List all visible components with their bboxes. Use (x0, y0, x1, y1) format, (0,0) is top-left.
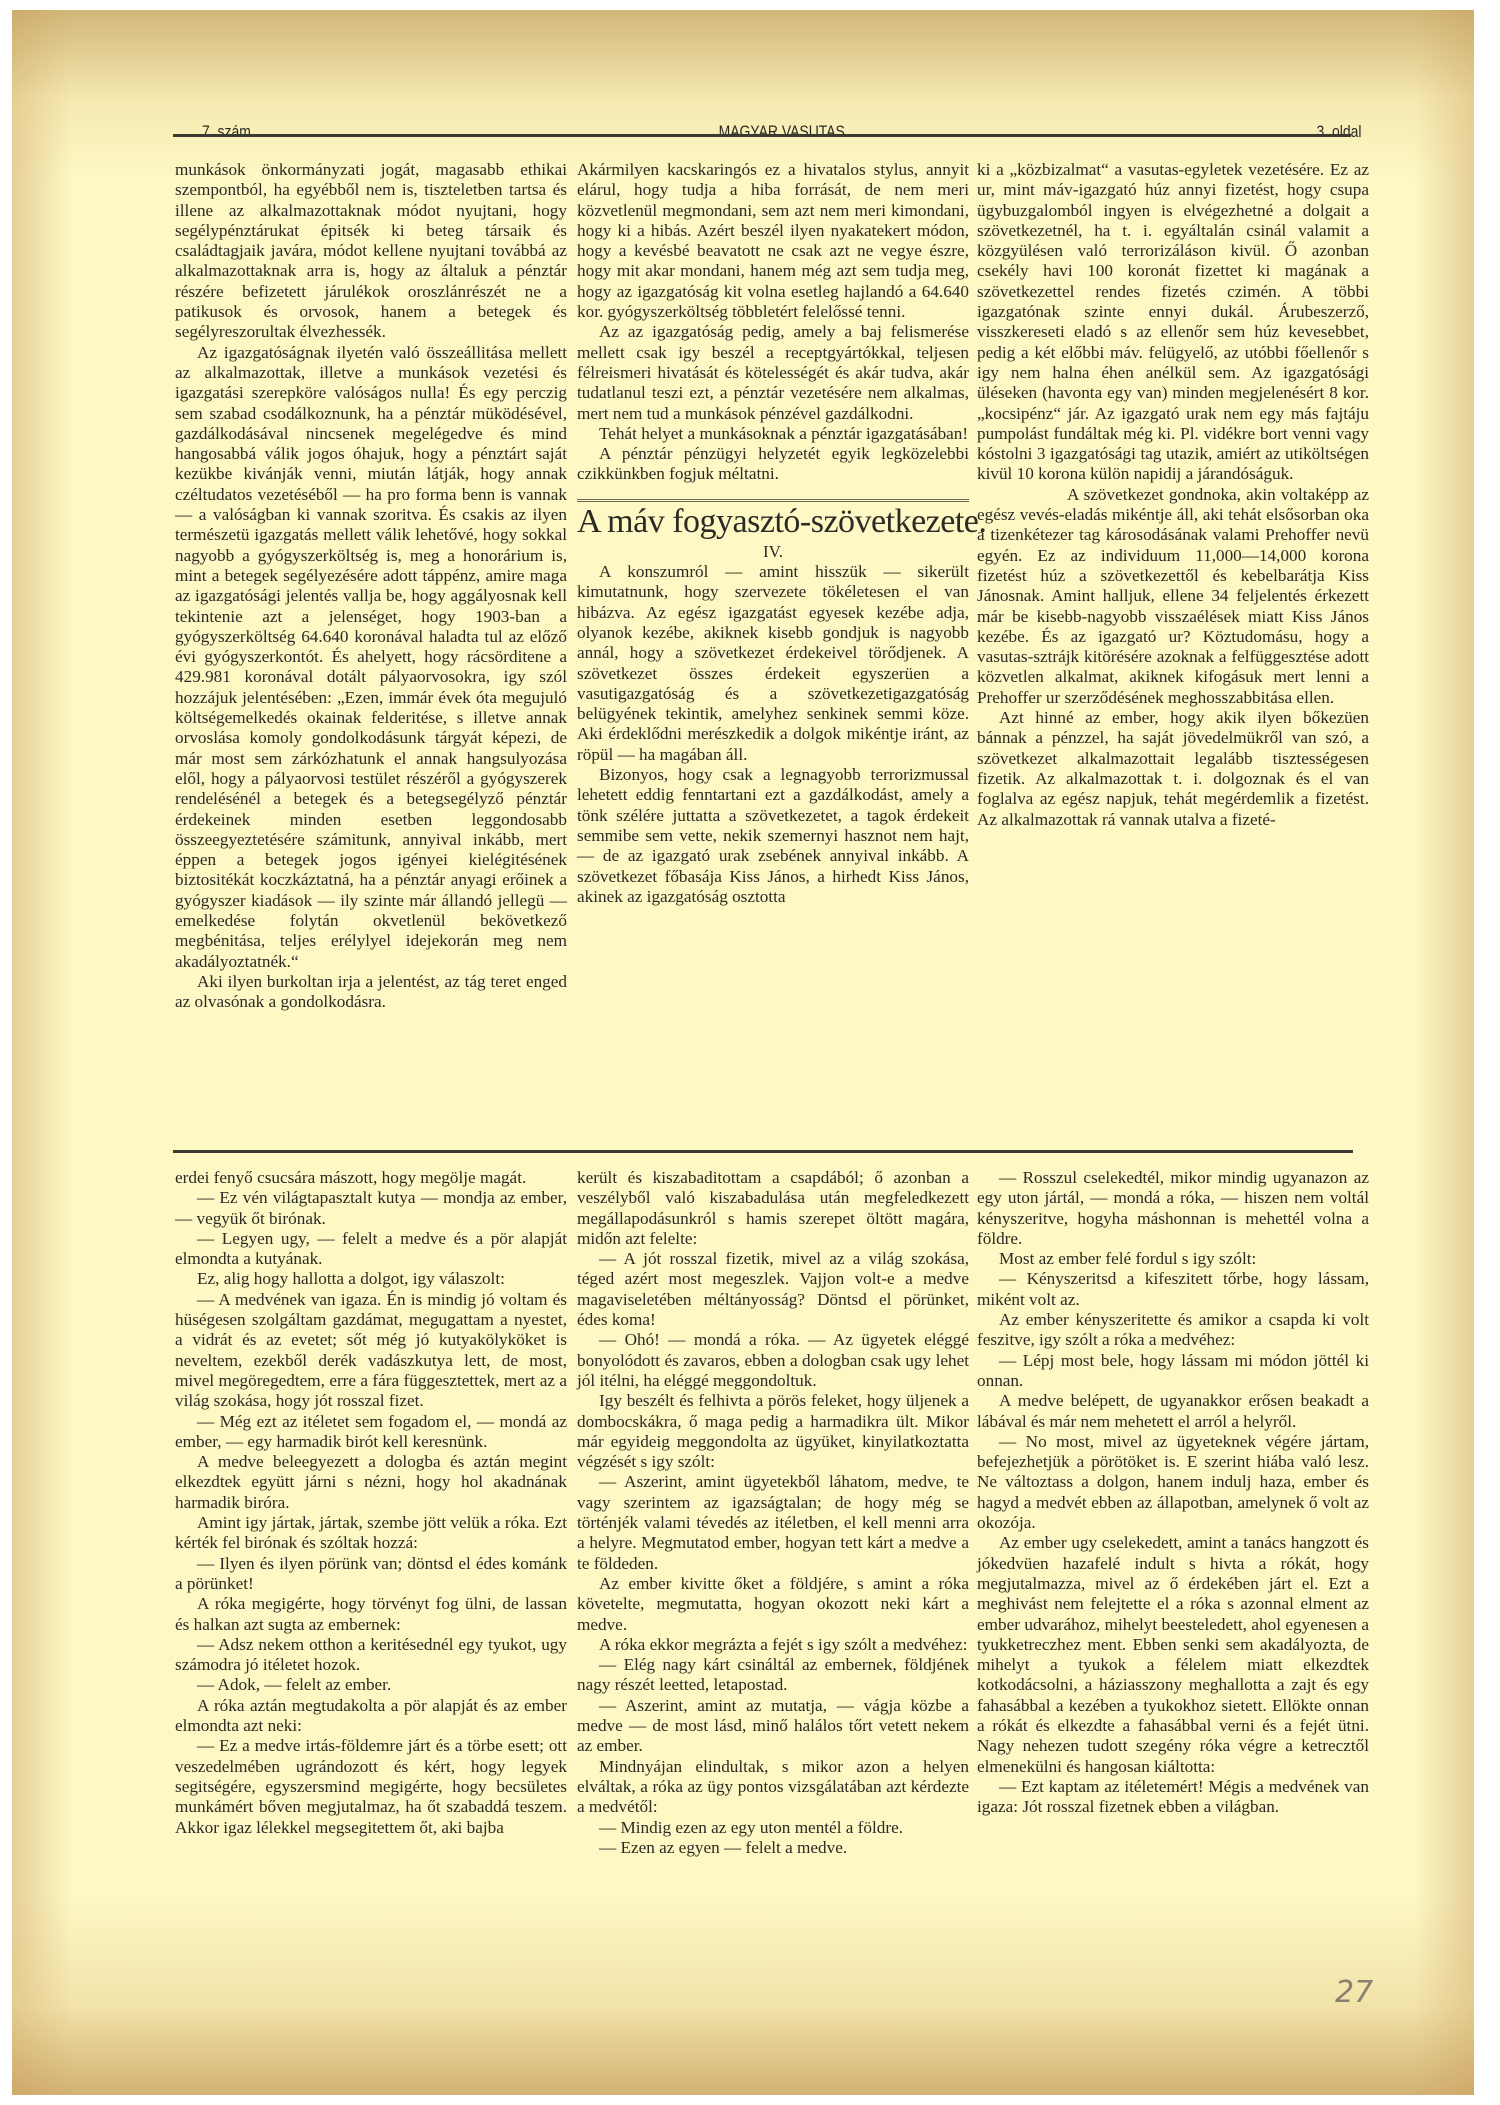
paragraph: — Aszerint, amint ügyetekből láhatom, me… (577, 1472, 969, 1573)
article-part-number: IV. (577, 542, 969, 562)
paragraph: Azt hinné az ember, hogy akik ilyen bőke… (977, 708, 1369, 830)
paragraph: Akármilyen kacskaringós ez a hivatalos s… (577, 160, 969, 322)
section-rule (173, 1150, 1353, 1153)
paragraph: A róka aztán megtudakolta a pör alapját … (175, 1696, 567, 1737)
story-column-3: — Rosszul cselekedtél, mikor mindig ugya… (977, 1168, 1369, 1818)
paragraph: — Ilyen és ilyen pörünk van; döntsd el é… (175, 1554, 567, 1595)
paragraph: — Ezen az egyen — felelt a medve. (577, 1838, 969, 1858)
paragraph: Tehát helyet a munkásoknak a pénztár iga… (577, 424, 969, 444)
paragraph: Mindnyájan elindultak, s mikor azon a he… (577, 1757, 969, 1818)
paragraph: Az igazgatóságnak ilyetén való összeálli… (175, 343, 567, 972)
paragraph: — Ohó! — mondá a róka. — Az ügyetek elég… (577, 1330, 969, 1391)
paragraph: — Elég nagy kárt csináltál az embernek, … (577, 1655, 969, 1696)
paragraph: — Ez vén világtapasztalt kutya — mondja … (175, 1188, 567, 1229)
paragraph: — Mindig ezen az egy uton mentél a földr… (577, 1818, 969, 1838)
paragraph: Az az igazgatóság pedig, amely a baj fel… (577, 322, 969, 423)
paragraph: — Adok, — felelt az ember. (175, 1675, 567, 1695)
paragraph: A róka megigérte, hogy törvényt fog ülni… (175, 1594, 567, 1635)
paragraph: — Ez a medve irtás-földemre járt és a tö… (175, 1736, 567, 1837)
paragraph: Bizonyos, hogy csak a legnagyobb terrori… (577, 765, 969, 907)
header-rule (173, 134, 1351, 137)
story-column-1: erdei fenyő csucsára mászott, hogy megöl… (175, 1168, 567, 1838)
paragraph: Aki ilyen burkoltan irja a jelentést, az… (175, 972, 567, 1013)
section-divider (577, 485, 969, 502)
paragraph: — No most, mivel az ügyeteknek végére já… (977, 1432, 1369, 1533)
paragraph: — Kényszeritsd a kifeszitett tőrbe, hogy… (977, 1269, 1369, 1310)
paragraph: munkások önkormányzati jogát, magasabb e… (175, 160, 567, 343)
paragraph: A konszumról — amint hisszük — sikerült … (577, 562, 969, 765)
paragraph: A pénztár pénzügyi helyzetét egyik legkö… (577, 444, 969, 485)
newspaper-title: MAGYAR VASUTAS (202, 122, 1361, 142)
paragraph: Ez, alig hogy hallotta a dolgot, igy vál… (175, 1269, 567, 1289)
paragraph: A szövetkezet gondnoka, akin voltaképp a… (977, 485, 1369, 708)
top-column-2: Akármilyen kacskaringós ez a hivatalos s… (577, 160, 969, 907)
paragraph: — Aszerint, amint az mutatja, — vágja kö… (577, 1696, 969, 1757)
paragraph: került és kiszabaditottam a csapdából; ő… (577, 1168, 969, 1249)
paragraph: — Legyen ugy, — felelt a medve és a pör … (175, 1229, 567, 1270)
paragraph: erdei fenyő csucsára mászott, hogy megöl… (175, 1168, 567, 1188)
paragraph: — Még ezt az itéletet sem fogadom el, — … (175, 1412, 567, 1453)
page-header: 7. szám MAGYAR VASUTAS 3. oldal (202, 122, 1361, 144)
paragraph: — A jót rosszal fizetik, mivel az a vilá… (577, 1249, 969, 1330)
paragraph: Az ember kivitte őket a földjére, s amin… (577, 1574, 969, 1635)
top-column-3: ki a „közbizalmat“ a vasutas-egyletek ve… (977, 160, 1369, 830)
article-title: A máv fogyasztó-szövetkezete. (577, 502, 969, 542)
paragraph: Amint igy jártak, jártak, szembe jött ve… (175, 1513, 567, 1554)
paragraph: — A medvének van igaza. Én is mindig jó … (175, 1290, 567, 1412)
page-number: 3. oldal (1317, 122, 1362, 142)
paragraph: Igy beszélt és felhivta a pörös feleket,… (577, 1391, 969, 1472)
top-column-1: munkások önkormányzati jogát, magasabb e… (175, 160, 567, 1012)
paragraph: A róka ekkor megrázta a fejét s igy szól… (577, 1635, 969, 1655)
paragraph: A medve beleegyezett a dologba és aztán … (175, 1452, 567, 1513)
paragraph: — Adsz nekem otthon a keritésednél egy t… (175, 1635, 567, 1676)
paragraph: Az ember kényszeritette és amikor a csap… (977, 1310, 1369, 1351)
story-column-2: került és kiszabaditottam a csapdából; ő… (577, 1168, 969, 1858)
paragraph: — Lépj most bele, hogy lássam mi módon j… (977, 1351, 1369, 1392)
paragraph: Az ember ugy cselekedett, amint a tanács… (977, 1533, 1369, 1777)
paragraph: A medve belépett, de ugyanakkor erősen b… (977, 1391, 1369, 1432)
paragraph: ki a „közbizalmat“ a vasutas-egyletek ve… (977, 160, 1369, 485)
paragraph: — Rosszul cselekedtél, mikor mindig ugya… (977, 1168, 1369, 1249)
handwritten-page-number: 27 (1335, 1975, 1373, 2010)
paragraph: Most az ember felé fordul s igy szólt: (977, 1249, 1369, 1269)
paragraph: — Ezt kaptam az itéletemért! Mégis a med… (977, 1777, 1369, 1818)
